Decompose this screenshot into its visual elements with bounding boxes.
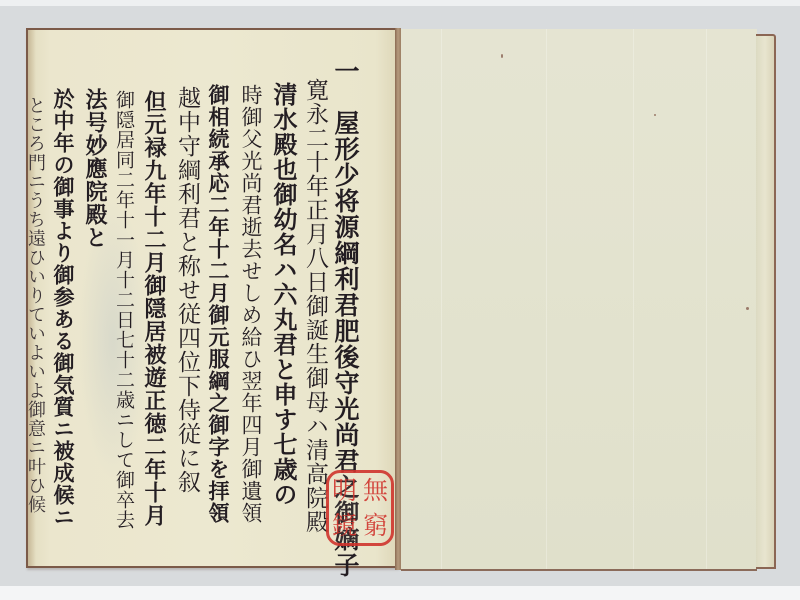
seal-char: 鏡 [332,513,357,538]
text-column-6: 越中守綱利君と称せ従四位下侍従に叙 [175,86,198,494]
seal-char: 明 [332,478,357,503]
paper-fibre [706,29,707,569]
seal-char: 無 [363,478,388,503]
red-seal-stamp: 明 無 鏡 窮 [326,470,394,546]
text-column-8: 御隠居同二年十一月十二日七十二歳ニして御卒去 [114,90,133,530]
text-column-9: 法号妙應院殿と [84,88,106,249]
book-fore-edge [756,34,776,569]
paper-speck [746,307,749,310]
right-page-blank [401,29,757,571]
text-column-4: 時御父光尚君逝去せしめ給ひ翌年四月御遺領 [240,84,261,524]
paper-fibre [633,29,634,569]
text-column-2: 寛永二十年正月八日御誕生御母ハ清高院殿 [303,78,326,534]
text-column-7: 但元禄九年十二月御隠居被遊正徳二年十月 [143,90,165,527]
text-column-11: ところ門ニうち遠ひいりていよいよ御意ニ叶ひ候 [26,96,44,514]
text-column-3: 清水殿也御幼名ハ六丸君と申す七歳の [271,82,295,507]
text-column-10: 於中年の御事より御参ある御気質ニ被成候ニ [53,88,74,528]
photo-top-margin [0,0,800,6]
seal-char: 窮 [363,513,388,538]
text-column-5: 御相続承応二年十二月御元服綱之御字を拝領 [208,84,229,524]
paper-speck [501,54,503,58]
paper-fibre [441,29,442,569]
photo-bottom-margin [0,586,800,600]
paper-fibre [546,29,547,569]
paper-speck [654,114,656,116]
